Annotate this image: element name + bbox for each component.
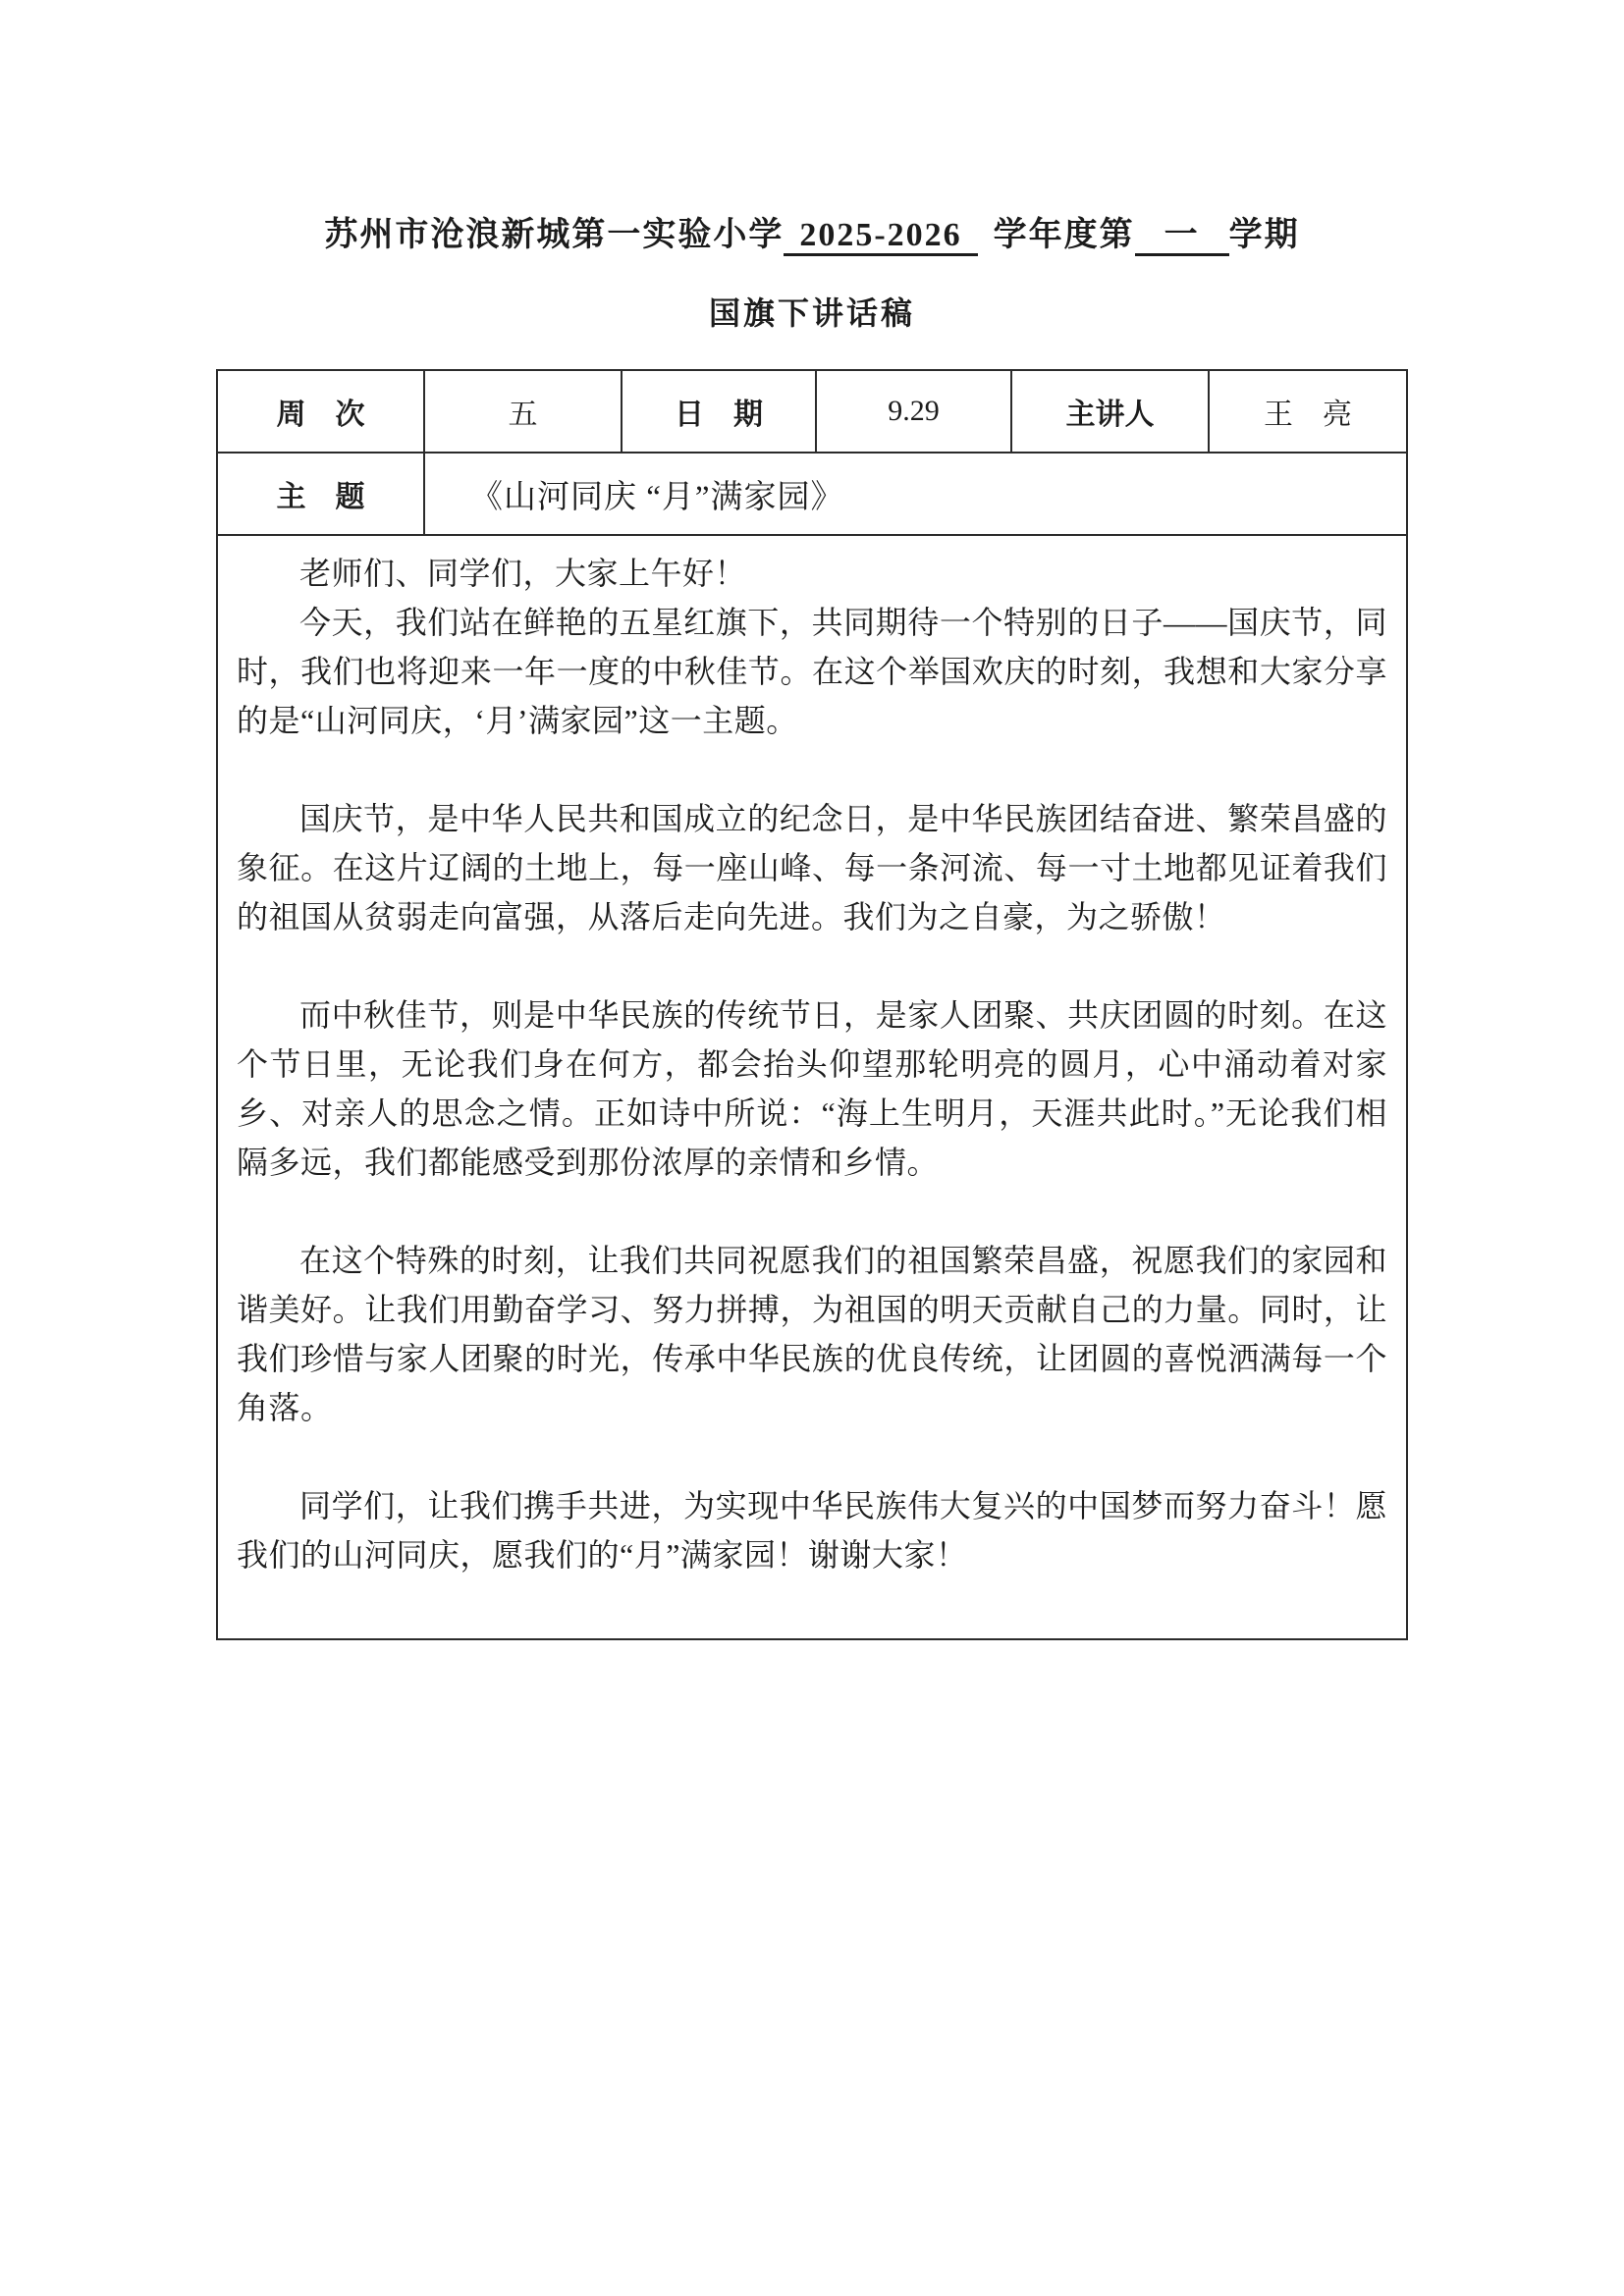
week-label-cell: 周 次 xyxy=(217,370,424,453)
speech-paragraph-intro: 今天，我们站在鲜艳的五星红旗下，共同期待一个特别的日子——国庆节，同时，我们也将… xyxy=(237,598,1387,745)
title-academic-year-underlined: 2025-2026 xyxy=(784,217,977,256)
table-body-row: 老师们、同学们，大家上午好！ 今天，我们站在鲜艳的五星红旗下，共同期待一个特别的… xyxy=(217,535,1407,1639)
title-term-suffix: 学期 xyxy=(1229,217,1300,253)
title-term-underlined: 一 xyxy=(1135,217,1229,256)
speech-form-table: 周 次 五 日 期 9.29 主讲人 王 亮 主 题 《山河同庆 “月”满家园》… xyxy=(216,369,1408,1640)
title-term-prefix: 学年度第 xyxy=(994,217,1135,253)
table-topic-row: 主 题 《山河同庆 “月”满家园》 xyxy=(217,453,1407,535)
title-school-name: 苏州市沧浪新城第一实验小学 xyxy=(324,217,784,253)
speaker-value-cell: 王 亮 xyxy=(1209,370,1407,453)
date-value-cell: 9.29 xyxy=(816,370,1011,453)
date-label-cell: 日 期 xyxy=(622,370,816,453)
speech-paragraph-greeting: 老师们、同学们，大家上午好！ xyxy=(237,549,1387,598)
speaker-label-cell: 主讲人 xyxy=(1011,370,1209,453)
document-page: 苏州市沧浪新城第一实验小学2025-2026学年度第一学期 国旗下讲话稿 周 次… xyxy=(0,0,1624,2296)
document-subtitle: 国旗下讲话稿 xyxy=(0,289,1624,334)
speech-body-cell: 老师们、同学们，大家上午好！ 今天，我们站在鲜艳的五星红旗下，共同期待一个特别的… xyxy=(217,535,1407,1639)
document-title: 苏州市沧浪新城第一实验小学2025-2026学年度第一学期 xyxy=(0,212,1624,259)
speech-paragraph-wishes: 在这个特殊的时刻，让我们共同祝愿我们的祖国繁荣昌盛，祝愿我们的家园和谐美好。让我… xyxy=(237,1236,1387,1432)
table-header-row: 周 次 五 日 期 9.29 主讲人 王 亮 xyxy=(217,370,1407,453)
topic-label-cell: 主 题 xyxy=(217,453,424,535)
topic-value-cell: 《山河同庆 “月”满家园》 xyxy=(424,453,1407,535)
speech-paragraph-closing: 同学们，让我们携手共进，为实现中华民族伟大复兴的中国梦而努力奋斗！愿我们的山河同… xyxy=(237,1481,1387,1579)
speech-paragraph-national-day: 国庆节，是中华人民共和国成立的纪念日，是中华民族团结奋进、繁荣昌盛的象征。在这片… xyxy=(237,794,1387,941)
speech-paragraph-mid-autumn: 而中秋佳节，则是中华民族的传统节日，是家人团聚、共庆团圆的时刻。在这个节日里，无… xyxy=(237,990,1387,1187)
week-value-cell: 五 xyxy=(424,370,622,453)
